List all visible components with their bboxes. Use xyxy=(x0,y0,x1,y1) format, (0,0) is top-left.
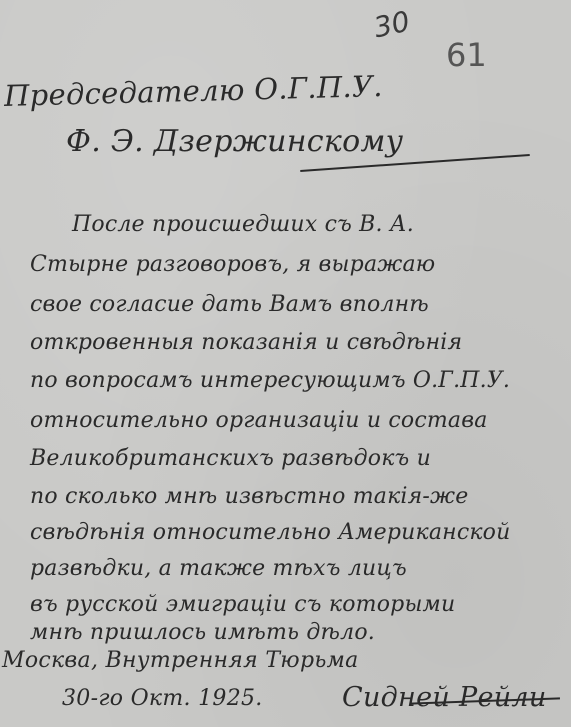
closing-date: 30-го Окт. 1925. xyxy=(62,686,263,711)
addressee-name: Ф. Э. Дзержинскому xyxy=(66,124,403,159)
closing-place: Москва, Внутренняя Тюрьма xyxy=(2,648,359,673)
body-line: относительно организаціи и состава xyxy=(30,408,488,433)
body-line: по сколько мнѣ извѣстно такія-же xyxy=(30,484,468,509)
body-line: свое согласие дать Вамъ вполнѣ xyxy=(30,292,429,317)
body-line: После происшедших съ В. А. xyxy=(72,212,414,237)
body-line: Стырне разговоровъ, я выражаю xyxy=(30,252,435,277)
body-line: по вопросамъ интересующимъ О.Г.П.У. xyxy=(30,368,510,393)
body-line: развѣдки, а также тѣхъ лицъ xyxy=(30,556,407,581)
body-line: свѣдѣнія относительно Американской xyxy=(30,520,511,545)
body-line: мнѣ пришлось имѣть дѣло. xyxy=(30,620,375,645)
archive-folio-mark-right: 61 xyxy=(446,36,487,74)
body-line: откровенныя показанія и свѣдѣнія xyxy=(30,330,462,355)
body-line: Великобританскихъ развѣдокъ и xyxy=(30,446,431,471)
body-line: въ русской эмиграціи съ которыми xyxy=(30,592,455,617)
signature: Сидней Рейли xyxy=(342,682,547,713)
